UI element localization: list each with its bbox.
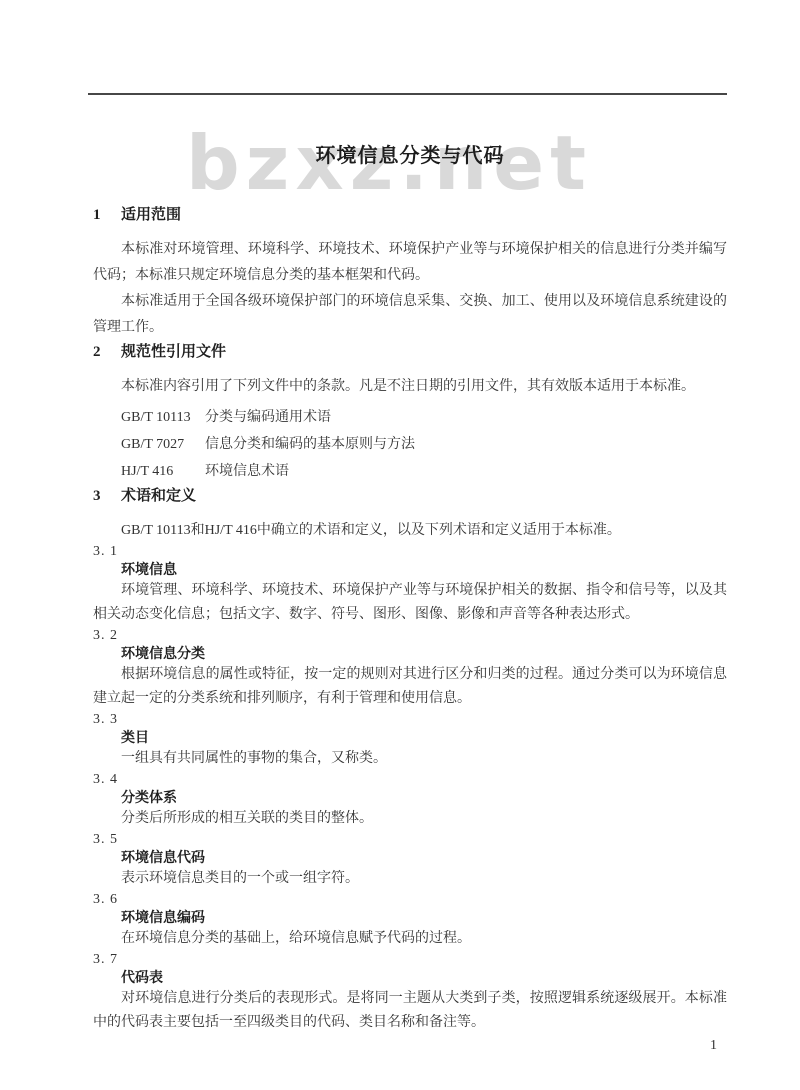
term-number: 3. 3	[93, 711, 727, 729]
normative-references-list: GB/T 10113分类与编码通用术语 GB/T 7027信息分类和编码的基本原…	[121, 404, 727, 485]
term-name: 代码表	[121, 969, 727, 987]
term-entry: 3. 2 环境信息分类 根据环境信息的属性或特征，按一定的规则对其进行区分和归类…	[93, 627, 727, 711]
reference-code: HJ/T 416	[121, 458, 205, 485]
term-number: 3. 5	[93, 831, 727, 849]
term-number: 3. 2	[93, 627, 727, 645]
term-name: 环境信息	[121, 561, 727, 579]
section-2-number: 2	[93, 342, 121, 362]
term-entry: 3. 3 类目 一组具有共同属性的事物的集合，又称类。	[93, 711, 727, 771]
section-1-heading: 1适用范围	[93, 204, 727, 225]
reference-title: 分类与编码通用术语	[205, 410, 331, 425]
term-definition: 表示环境信息类目的一个或一组字符。	[93, 867, 727, 891]
term-entry: 3. 4 分类体系 分类后所形成的相互关联的类目的整体。	[93, 771, 727, 831]
term-number: 3. 7	[93, 951, 727, 969]
term-definition: 对环境信息进行分类后的表现形式。是将同一主题从大类到子类，按照逻辑系统逐级展开。…	[93, 987, 727, 1035]
term-number: 3. 4	[93, 771, 727, 789]
section-1-paragraph-2: 本标准适用于全国各级环境保护部门的环境信息采集、交换、加工、使用以及环境信息系统…	[93, 289, 727, 341]
term-definition: 一组具有共同属性的事物的集合，又称类。	[93, 747, 727, 771]
section-3-title: 术语和定义	[121, 486, 196, 504]
term-name: 环境信息分类	[121, 645, 727, 663]
page-number: 1	[710, 1038, 717, 1054]
document-content: 环境信息分类与代码 1适用范围 本标准对环境管理、环境科学、环境技术、环境保护产…	[93, 140, 727, 1035]
term-entry: 3. 7 代码表 对环境信息进行分类后的表现形式。是将同一主题从大类到子类，按照…	[93, 951, 727, 1035]
term-definition: 环境管理、环境科学、环境技术、环境保护产业等与环境保护相关的数据、指令和信号等，…	[93, 579, 727, 627]
term-definition: 在环境信息分类的基础上，给环境信息赋予代码的过程。	[93, 927, 727, 951]
term-name: 环境信息编码	[121, 909, 727, 927]
reference-title: 环境信息术语	[205, 464, 289, 479]
term-name: 分类体系	[121, 789, 727, 807]
term-number: 3. 6	[93, 891, 727, 909]
document-title: 环境信息分类与代码	[93, 140, 727, 170]
section-3-intro: GB/T 10113和HJ/T 416中确立的术语和定义，以及下列术语和定义适用…	[93, 518, 727, 543]
reference-title: 信息分类和编码的基本原则与方法	[205, 437, 415, 452]
section-2-title: 规范性引用文件	[121, 342, 226, 360]
term-definition: 分类后所形成的相互关联的类目的整体。	[93, 807, 727, 831]
term-name: 环境信息代码	[121, 849, 727, 867]
reference-code: GB/T 10113	[121, 404, 205, 431]
section-1-number: 1	[93, 205, 121, 225]
reference-code: GB/T 7027	[121, 431, 205, 458]
term-entry: 3. 6 环境信息编码 在环境信息分类的基础上，给环境信息赋予代码的过程。	[93, 891, 727, 951]
term-definition: 根据环境信息的属性或特征，按一定的规则对其进行区分和归类的过程。通过分类可以为环…	[93, 663, 727, 711]
document-page: bzxz.net 环境信息分类与代码 1适用范围 本标准对环境管理、环境科学、环…	[0, 0, 800, 1090]
reference-item: GB/T 7027信息分类和编码的基本原则与方法	[121, 431, 727, 458]
section-1-paragraph-1: 本标准对环境管理、环境科学、环境技术、环境保护产业等与环境保护相关的信息进行分类…	[93, 237, 727, 289]
section-3-heading: 3术语和定义	[93, 485, 727, 506]
reference-item: HJ/T 416环境信息术语	[121, 458, 727, 485]
section-1-title: 适用范围	[121, 205, 181, 223]
term-name: 类目	[121, 729, 727, 747]
section-3-number: 3	[93, 486, 121, 506]
term-number: 3. 1	[93, 543, 727, 561]
reference-item: GB/T 10113分类与编码通用术语	[121, 404, 727, 431]
section-2-heading: 2规范性引用文件	[93, 341, 727, 362]
header-rule	[88, 93, 727, 95]
term-entry: 3. 1 环境信息 环境管理、环境科学、环境技术、环境保护产业等与环境保护相关的…	[93, 543, 727, 627]
section-2-intro: 本标准内容引用了下列文件中的条款。凡是不注日期的引用文件，其有效版本适用于本标准…	[93, 374, 727, 399]
term-entry: 3. 5 环境信息代码 表示环境信息类目的一个或一组字符。	[93, 831, 727, 891]
